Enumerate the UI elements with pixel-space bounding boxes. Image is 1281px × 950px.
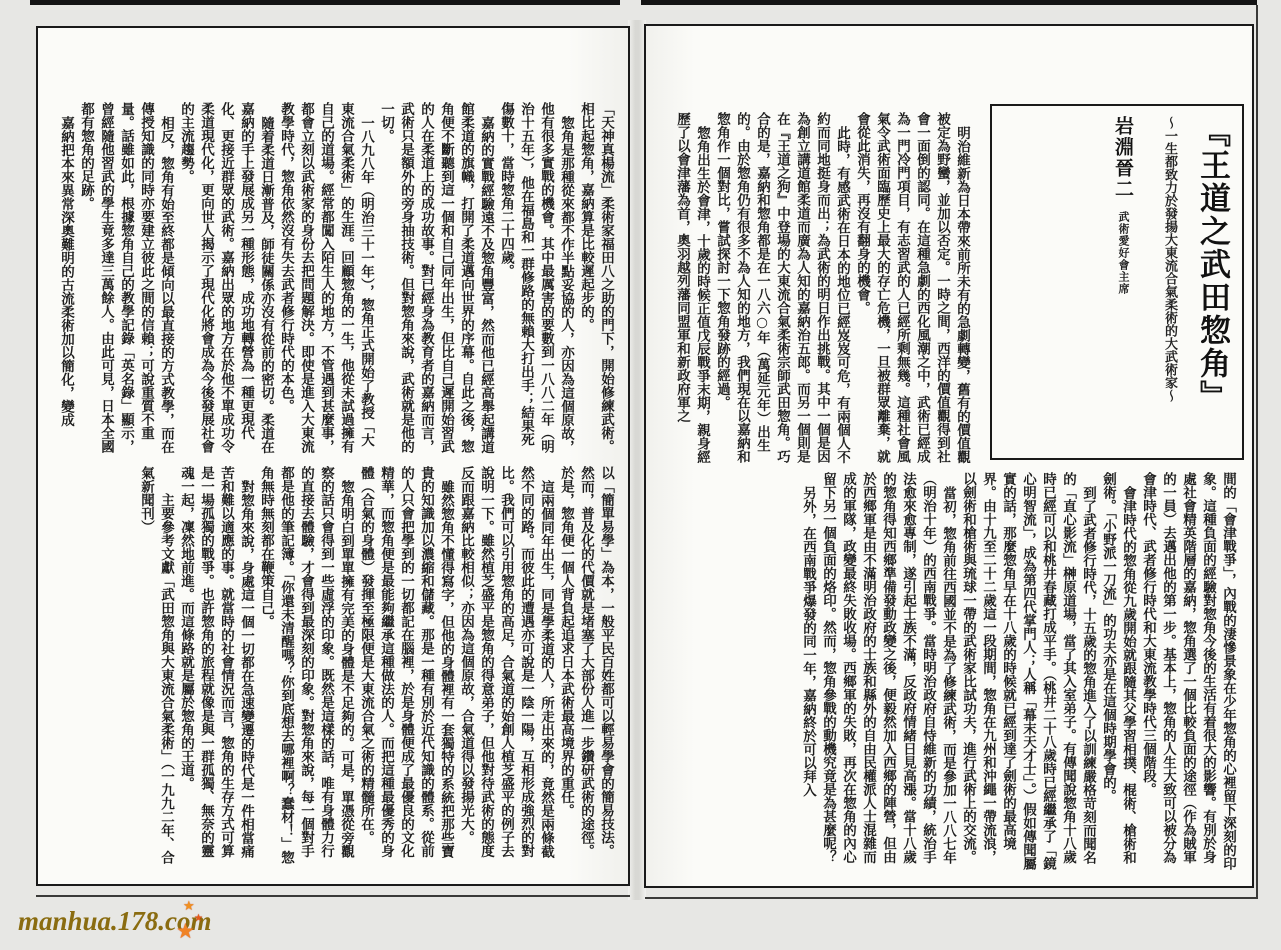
author-name: 岩淵晉二 [1112, 116, 1134, 200]
paragraph: 隨着柔道日漸普及，師徒關係亦沒有從前的密切。柔道在嘉納的手上發展成另一種形態，成… [176, 102, 276, 456]
paragraph: 惣角出生於會津，十歲的時候正值戊辰戰爭末期，親身經歷了以會津藩為首，奧羽越列藩同… [672, 112, 712, 464]
left-page-bottom-text-block: 以「簡單易學」為本，一般平民百姓都可以輕易學會的簡易技法。然而，普及化的代價就是… [42, 466, 616, 868]
author-column: 岩淵晉二 武術愛好會主席 [1110, 116, 1136, 448]
article-subtitle: ～一生都致力於發揚大東流合氣柔術的大武術家～ [1158, 116, 1180, 448]
paragraph: 當初，惣角前往西國並不是為了修練武術，而是參加一八八七年（明治十年）的西南戰爭。… [818, 472, 958, 874]
paragraph: 會津時代的惣角從九歲開始就跟隨其父學習相撲、棍術、槍術和劍術。「小野派一刀流」的… [1098, 472, 1138, 874]
paragraph: 一八九八年（明治三十一年），惣角正式開始了教授「大東流合氣柔術」的生涯。回顧惣角… [276, 102, 376, 456]
scan-right-edge [1256, 5, 1258, 899]
star-icon: ★ [194, 914, 203, 924]
paragraph: 對惣角來說，身處這一個一切都在急速變遷的時代是一件相當痛苦和難以適應的事。就當時… [176, 466, 256, 868]
paragraph: 此時，有感武術在日本的地位已經岌岌可危，有兩個人不約而同地挺身而出；為武術的明日… [712, 112, 852, 464]
paragraph: 惣角是那種從來都不作半點妥協的人，亦因為這個原故，他有很多實戰的機會。其中最厲害… [496, 102, 576, 456]
paragraph: 間的「會津戰爭」，內戰的淒慘景象在少年惣角的心裡留下深刻的印象。這種負面的經驗對… [1138, 472, 1238, 874]
paragraph: 「天神真楊流」柔術家福田八之助的門下，開始修練武術。相比起惣角，嘉納算是比較遲起… [576, 102, 616, 456]
paragraph: 嘉納的實戰經驗遠不及惣角豐富，然而他已經高舉起講道館柔道的旗幟，打開了柔道邁向世… [376, 102, 496, 456]
left-page: 「天神真楊流」柔術家福田八之助的門下，開始修練武術。相比起惣角，嘉納算是比較遲起… [36, 26, 630, 886]
article-title-box: 『王道之武田惣角』 ～一生都致力於發揚大東流合氣柔術的大武術家～ 岩淵晉二 武術… [990, 104, 1244, 460]
scan-top-edge-left [30, 0, 620, 5]
article-title: 『王道之武田惣角』 [1190, 116, 1234, 448]
right-page-top-text-block: 明治維新為日本帶來前所未有的急劇轉變，舊有的價值觀被定為野蠻，並加以否定。一時之… [652, 112, 972, 464]
scan-top-edge-right [641, 0, 1257, 5]
star-icon: ★ [183, 900, 195, 913]
paragraph: 這兩個同年出生，同是學柔道的人，所走出來的，竟然是兩條截然不同的路。而彼此的遭遇… [456, 466, 556, 868]
right-page: 『王道之武田惣角』 ～一生都致力於發揚大東流合氣柔術的大武術家～ 岩淵晉二 武術… [644, 24, 1254, 888]
paragraph: 到了武者修行時代，十五歲的惣角進入了以訓練嚴格苛刻而聞名的「直心影流」榊原道場，… [958, 472, 1098, 874]
scan-bottom-edge-right [645, 897, 1257, 899]
author-role: 武術愛好會主席 [1117, 211, 1130, 295]
scan-bottom-edge-left [36, 895, 630, 897]
paragraph: 明治維新為日本帶來前所未有的急劇轉變，舊有的價值觀被定為野蠻，並加以否定。一時之… [852, 112, 972, 464]
paragraph: 另外，在西南戰爭爆發的同一年，嘉納終於可以拜入 [798, 472, 818, 874]
star-icon: ★ [176, 921, 195, 942]
paragraph: 以「簡單易學」為本，一般平民百姓都可以輕易學會的簡易技法。然而，普及化的代價就是… [556, 466, 616, 868]
reference-note: 主要參考文獻「武田惣角與大東流合氣柔術」（一九九二年、合氣新聞刊） [136, 466, 176, 868]
paragraph: 惣角明白到單單擁有完美的身體是不足夠的。可是，單憑從旁觀察的話只會得到一些虛浮的… [256, 466, 356, 868]
paragraph: 嘉納把本來異常深奧難明的古流柔術加以簡化，變成 [56, 102, 76, 456]
paragraph: 雖然惣角不懂得寫字，但他的身體裡有一套獨特的系統把那些寶貴的知識加以濃縮和儲藏。… [356, 466, 456, 868]
paragraph: 相反，惣角有始至終都是傾向以最直接的方式教學，而在傳授知識的同時亦要建立彼此之間… [76, 102, 176, 456]
left-page-top-text-block: 「天神真楊流」柔術家福田八之助的門下，開始修練武術。相比起惣角，嘉納算是比較遲起… [42, 102, 616, 456]
right-page-bottom-text-block: 間的「會津戰爭」，內戰的淒慘景象在少年惣角的心裡留下深刻的印象。這種負面的經驗對… [654, 472, 1238, 874]
